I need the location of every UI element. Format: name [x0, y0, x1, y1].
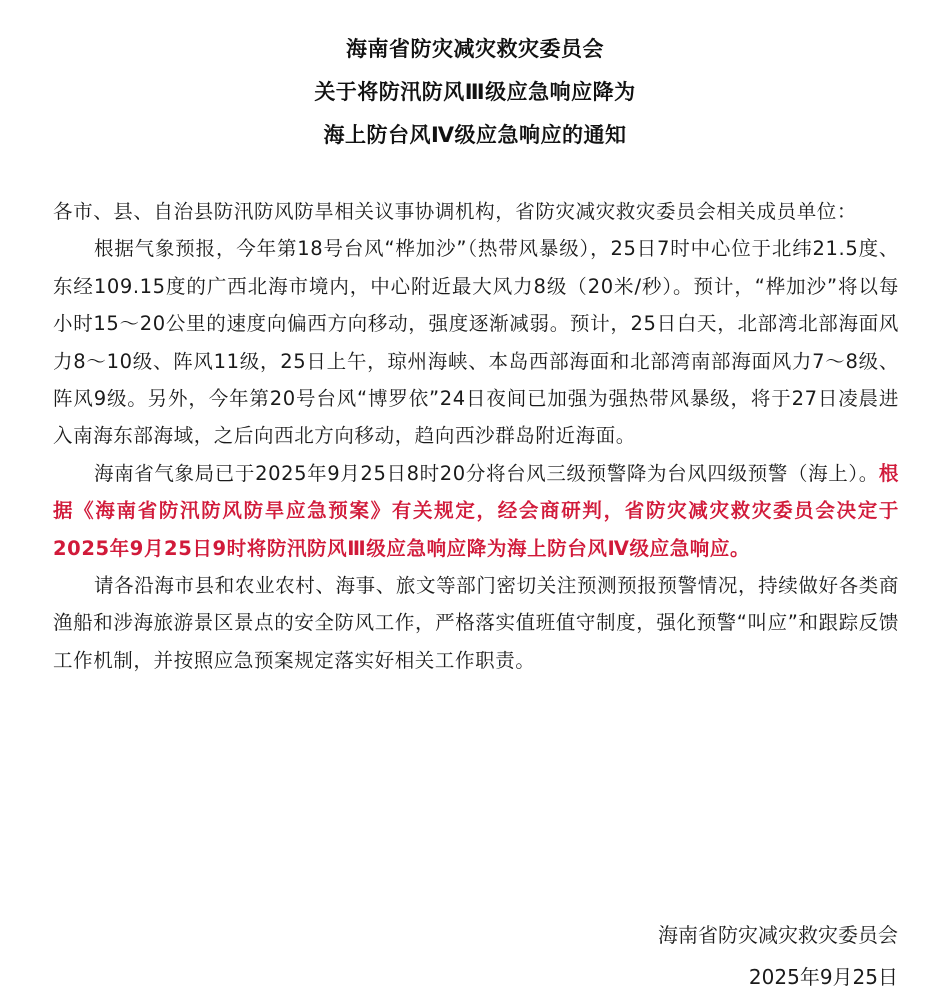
paragraph-decision-normal: 海南省气象局已于2025年9月25日8时20分将台风三级预警降为台风四级预警（海… — [94, 462, 879, 485]
title-subject-line-2: 海上防台风Ⅳ级应急响应的通知 — [0, 114, 950, 157]
paragraph-decision: 海南省气象局已于2025年9月25日8时20分将台风三级预警降为台风四级预警（海… — [53, 455, 899, 567]
title-issuer: 海南省防灾减灾救灾委员会 — [0, 28, 950, 71]
notice-body: 各市、县、自治县防汛防风防旱相关议事协调机构，省防灾减灾救灾委员会相关成员单位：… — [53, 193, 899, 679]
signature-organization: 海南省防灾减灾救灾委员会 — [658, 922, 898, 948]
addressee: 各市、县、自治县防汛防风防旱相关议事协调机构，省防灾减灾救灾委员会相关成员单位： — [53, 193, 899, 230]
title-subject-line-1: 关于将防汛防风Ⅲ级应急响应降为 — [0, 71, 950, 114]
signature-date: 2025年9月25日 — [749, 964, 898, 990]
paragraph-requirements: 请各沿海市县和农业农村、海事、旅文等部门密切关注预测预报预警情况，持续做好各类商… — [53, 567, 899, 679]
notice-title: 海南省防灾减灾救灾委员会 关于将防汛防风Ⅲ级应急响应降为 海上防台风Ⅳ级应急响应… — [0, 28, 950, 157]
paragraph-forecast: 根据气象预报，今年第18号台风“桦加沙”（热带风暴级），25日7时中心位于北纬2… — [53, 230, 899, 454]
